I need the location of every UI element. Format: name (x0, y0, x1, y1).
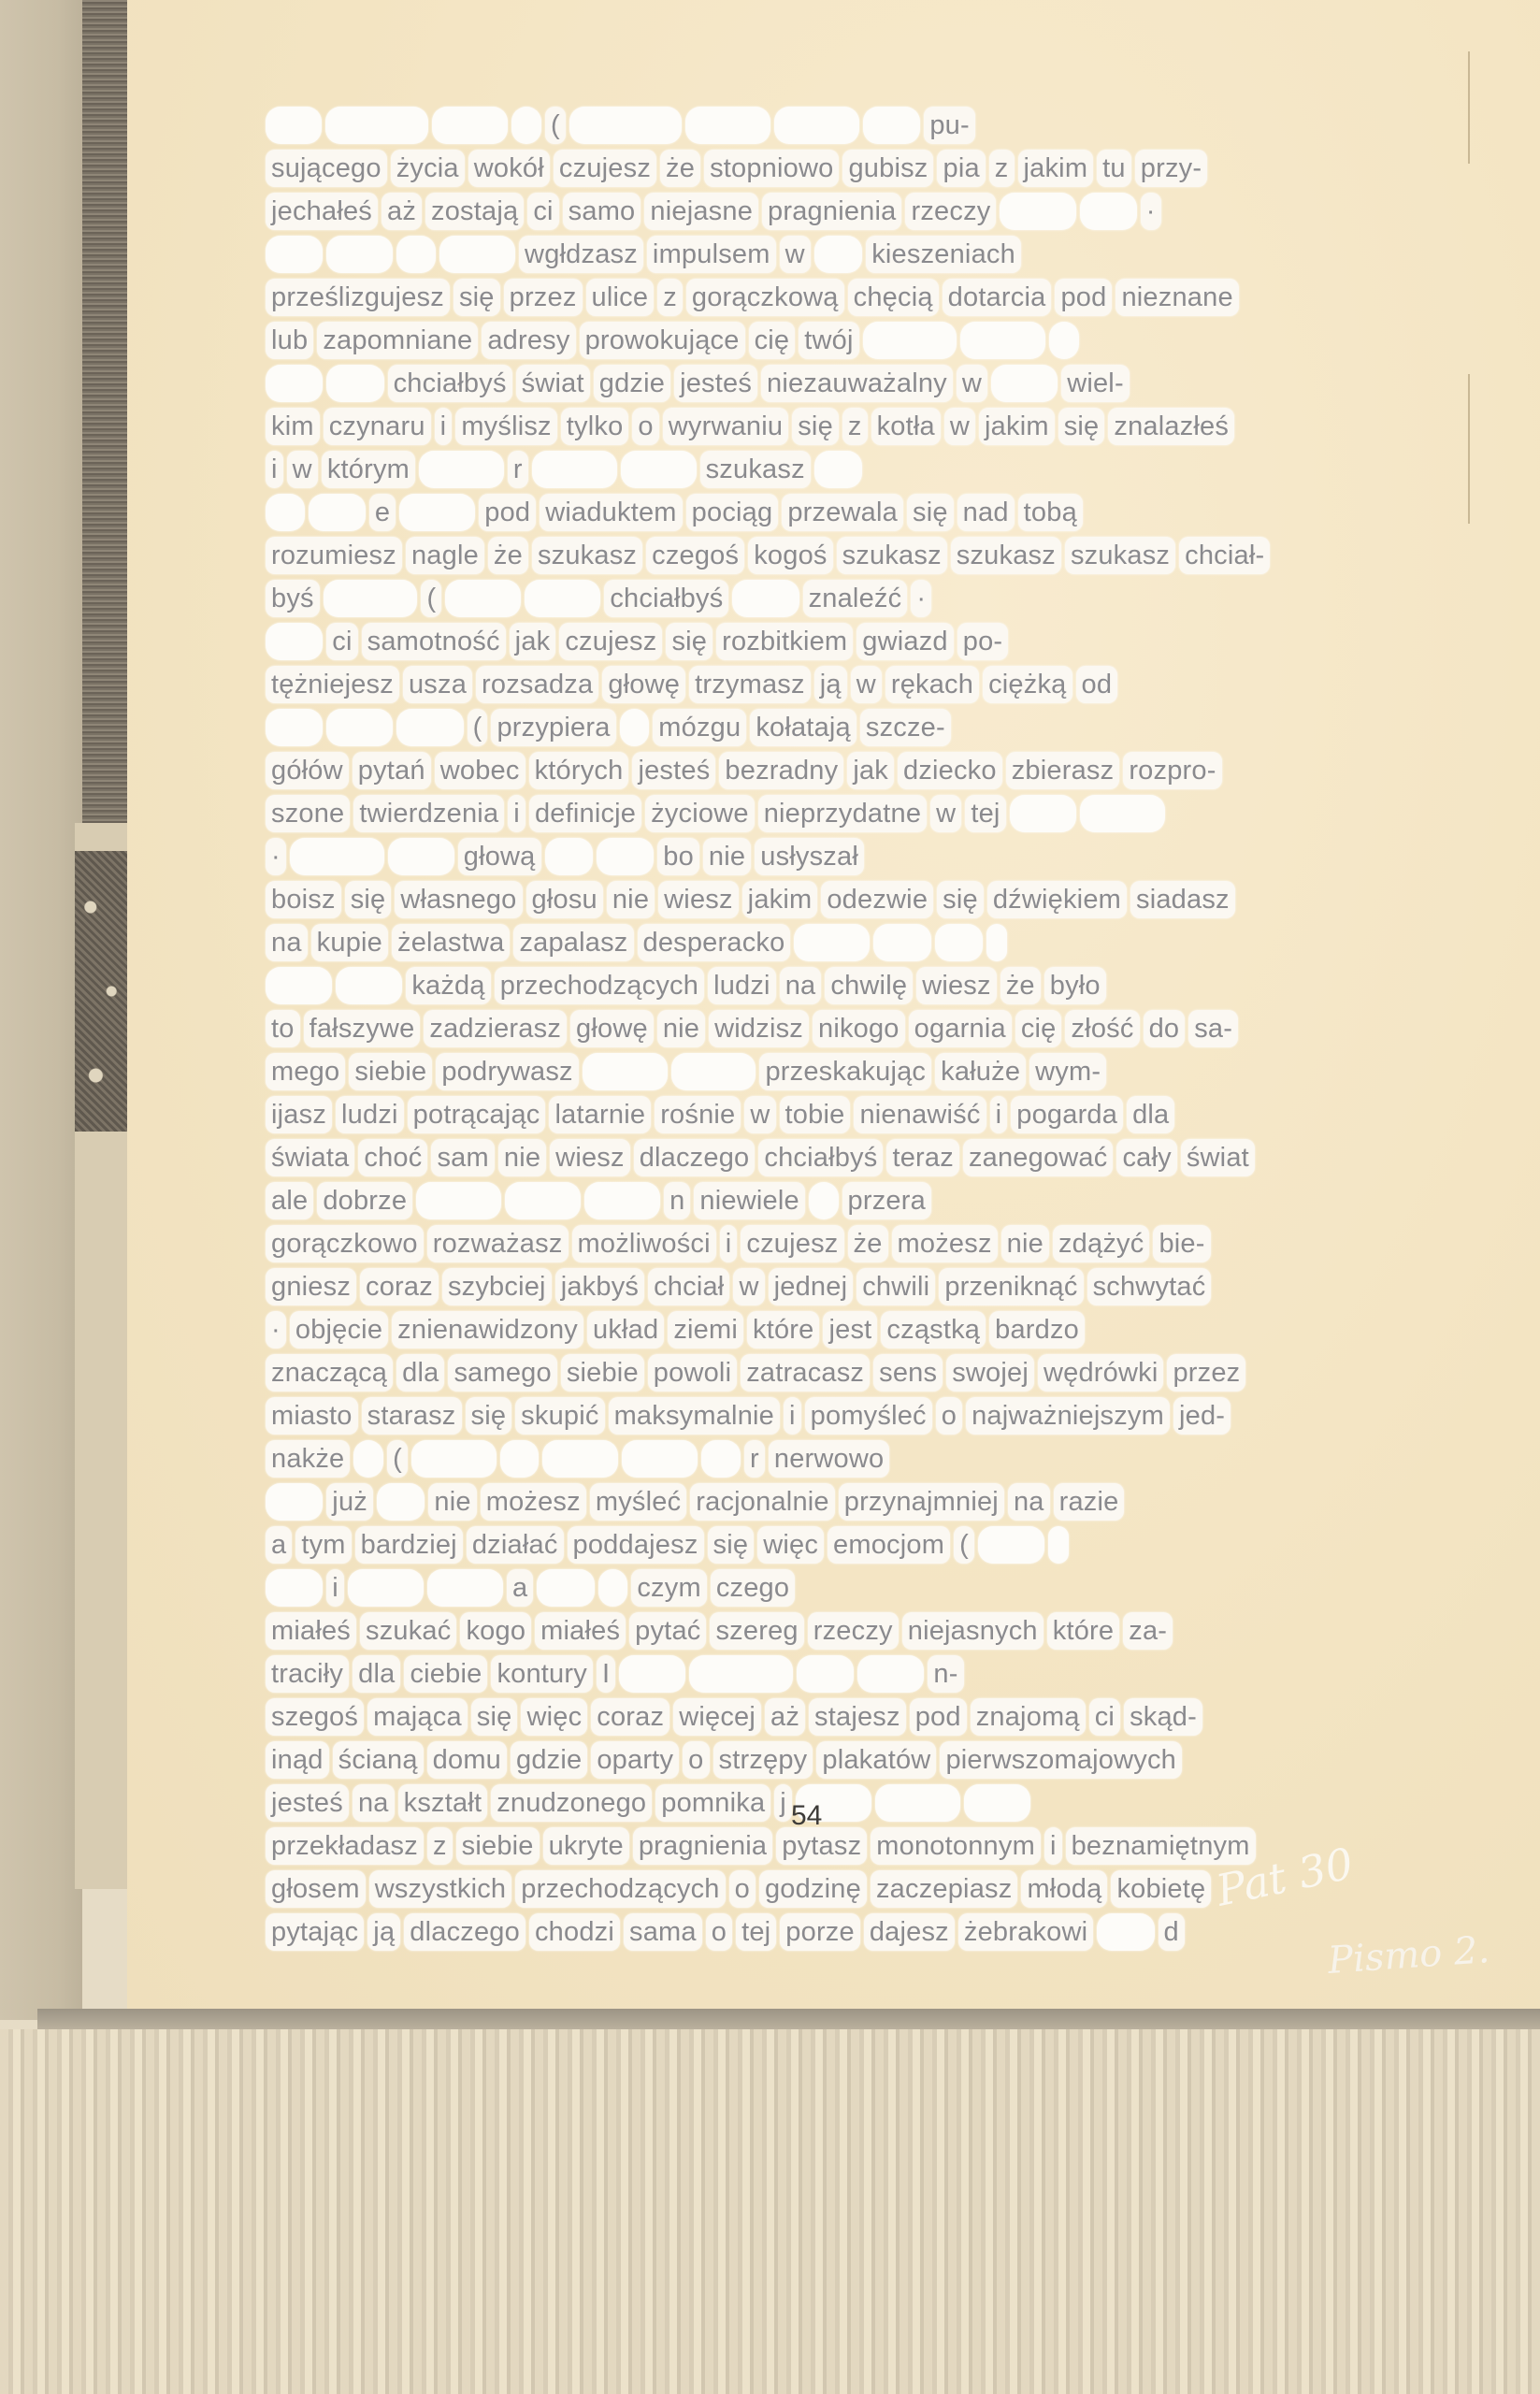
visible-word: fałszywe (304, 1010, 421, 1047)
visible-word: skąd- (1124, 1698, 1202, 1736)
visible-word: sa- (1188, 1010, 1238, 1047)
visible-word: więc (521, 1698, 587, 1736)
whiteout-patch: ······· (1000, 193, 1075, 230)
text-line: inądścianądomugdzieopartyostrzępyplakató… (266, 1738, 1481, 1781)
visible-word: ( (421, 580, 441, 617)
whiteout-patch: · (986, 924, 1007, 961)
visible-word: beznamiętnym (1066, 1827, 1256, 1865)
visible-word: widzisz (709, 1010, 809, 1047)
visible-word: nieprzydatne (758, 795, 927, 832)
visible-word: samo (563, 193, 641, 230)
text-line: kimczynaruimyślisztylkoowyrwaniusięzkotł… (266, 404, 1481, 447)
visible-word: inąd (266, 1741, 329, 1779)
visible-word: ludzi (708, 967, 776, 1004)
visible-word: się (708, 1526, 755, 1564)
whiteout-patch: ······· (505, 1182, 581, 1219)
text-line: gółówpytańwobecktórychjesteśbezradnyjakd… (266, 748, 1481, 791)
visible-word: gdzie (511, 1741, 587, 1779)
book-page: ·· ·····················(···············… (127, 0, 1540, 2009)
whiteout-patch: ······· (622, 1440, 698, 1478)
visible-word: wiesz (658, 881, 739, 918)
whiteout-patch: ········ (875, 1784, 960, 1822)
visible-word: pierwszomajowych (940, 1741, 1182, 1779)
visible-word: swojej (946, 1354, 1034, 1392)
visible-word: i (990, 1096, 1008, 1133)
visible-word: lub (266, 322, 313, 359)
whiteout-patch: ··· (396, 236, 436, 273)
visible-word: przy- (1135, 150, 1207, 187)
visible-word: cię (749, 322, 796, 359)
whiteout-patch: ········· (863, 322, 957, 359)
visible-word: plakatów (816, 1741, 936, 1779)
whiteout-patch: ······ (326, 709, 393, 746)
visible-word: zbierasz (1006, 752, 1120, 789)
visible-word: rozważasz (427, 1225, 569, 1262)
visible-word: pomnika (655, 1784, 770, 1822)
text-line: jechałeśażzostającisamoniejasnepragnieni… (266, 189, 1481, 232)
visible-word: o (683, 1741, 709, 1779)
visible-word: niewiele (694, 1182, 804, 1219)
whiteout-patch: ········· (324, 580, 418, 617)
visible-word: siadasz (1130, 881, 1235, 918)
visible-word: przypiera (491, 709, 615, 746)
text-line: ········e·······podwiaduktempociągprzewa… (266, 490, 1481, 533)
text-line: szegośmającasięwięccorazwięcejażstajeszp… (266, 1695, 1481, 1738)
visible-word: wiesz (550, 1139, 630, 1176)
whiteout-patch: ····· (309, 494, 366, 531)
whiteout-patch: ····· (326, 365, 383, 402)
whiteout-patch: ····· (266, 365, 323, 402)
visible-word: żebrakowi (958, 1913, 1093, 1951)
visible-word: jechałeś (266, 193, 378, 230)
visible-word: ziemi (668, 1311, 743, 1348)
visible-word: bezradny (719, 752, 843, 789)
book-spine-shadow (82, 0, 127, 823)
whiteout-patch: ·· (353, 1440, 383, 1478)
whiteout-patch: ········ (416, 1182, 501, 1219)
text-line: ·· ·····················(···············… (266, 103, 1481, 146)
visible-word: się (792, 408, 839, 445)
visible-word: po- (957, 623, 1009, 660)
visible-word: kałuże (935, 1053, 1026, 1090)
visible-word: w (851, 666, 882, 703)
visible-word: dźwiękiem (987, 881, 1127, 918)
text-line: ················głową·········bonieusłys… (266, 834, 1481, 877)
visible-word: stajesz (809, 1698, 906, 1736)
visible-word: na (266, 924, 308, 961)
visible-word: zatracasz (741, 1354, 870, 1392)
visible-word: się (907, 494, 954, 531)
visible-word: i (266, 451, 283, 488)
whiteout-patch: ······ (266, 967, 332, 1004)
visible-word: nieznane (1115, 279, 1238, 316)
text-line: nakże··(····························rner… (266, 1436, 1481, 1479)
visible-word: przeniknąć (939, 1268, 1083, 1305)
visible-word: stopniowo (704, 150, 839, 187)
visible-word: młodą (1021, 1870, 1107, 1908)
visible-word: szcze- (860, 709, 951, 746)
visible-word: prowokujące (580, 322, 745, 359)
visible-word: wiel- (1061, 365, 1130, 402)
visible-word: latarnie (549, 1096, 651, 1133)
whiteout-patch: ····· (597, 838, 654, 875)
text-line: jesteśnakształtznudzonegopomnikaj·······… (266, 1781, 1481, 1824)
visible-word: niezauważalny (761, 365, 953, 402)
visible-word: żelastwa (392, 924, 510, 961)
visible-word: nagle (406, 537, 484, 574)
visible-word: którym (322, 451, 415, 488)
visible-word: pod (479, 494, 536, 531)
visible-word: rozpro- (1123, 752, 1221, 789)
visible-word: się (666, 623, 712, 660)
visible-word: gorączkowo (266, 1225, 424, 1262)
text-line: ·····i··············a·······czymczego (266, 1565, 1481, 1608)
visible-word: nad (957, 494, 1015, 531)
visible-word: czujesz (554, 150, 656, 187)
visible-word: miasto (266, 1397, 358, 1435)
visible-word: znienawidzony (392, 1311, 583, 1348)
visible-word: których (529, 752, 629, 789)
visible-word: gdzie (594, 365, 670, 402)
visible-word: sens (873, 1354, 943, 1392)
visible-word: nie (703, 838, 751, 875)
scanner-background-bottom (0, 2029, 1540, 2394)
visible-word: definicje (529, 795, 641, 832)
text-line: byś·········(··············chciałbyś····… (266, 576, 1481, 619)
visible-word: przechodzących (495, 967, 704, 1004)
visible-word: czym (631, 1569, 706, 1607)
visible-word: przez (1167, 1354, 1245, 1392)
text-line: tofałszywezadzieraszgłowęniewidzisznikog… (266, 1006, 1481, 1049)
whiteout-patch: ······ (396, 709, 463, 746)
visible-word: złość (1065, 1010, 1139, 1047)
visible-word: które (1047, 1612, 1119, 1650)
whiteout-patch: ·· (809, 1182, 839, 1219)
visible-word: pod (1055, 279, 1112, 316)
visible-word: a (266, 1526, 292, 1564)
whiteout-patch: ···· (814, 451, 862, 488)
text-line: tężniejeszuszarozsadzagłowętrzymaszjąwrę… (266, 662, 1481, 705)
visible-word: znudzonego (491, 1784, 652, 1822)
whiteout-patch: ·········· (689, 1655, 793, 1693)
visible-word: znaczącą (266, 1354, 393, 1392)
whiteout-patch: ·· (620, 709, 650, 746)
text-line: ·················(przypiera··mózgukołata… (266, 705, 1481, 748)
whiteout-patch: ····· (863, 107, 920, 144)
text-line: prześlizgujeszsięprzezulicezgorączkowąch… (266, 275, 1481, 318)
visible-word: powoli (648, 1354, 737, 1392)
visible-word: pia (937, 150, 985, 187)
visible-word: życiowe (645, 795, 755, 832)
visible-word: rozumiesz (266, 537, 402, 574)
visible-word: pociąg (686, 494, 779, 531)
visible-word: o (706, 1913, 732, 1951)
whiteout-patch: ········ (1080, 795, 1165, 832)
erasure-poem-text: ·· ·····················(···············… (266, 103, 1481, 1953)
visible-word: ciebie (404, 1655, 487, 1693)
visible-word: jakbyś (555, 1268, 644, 1305)
visible-word: kontury (491, 1655, 593, 1693)
whiteout-patch: ······· (432, 107, 508, 144)
visible-word: ( (387, 1440, 408, 1478)
visible-word: e (369, 494, 396, 531)
visible-word: zapomniane (317, 322, 478, 359)
whiteout-patch: ······ (336, 967, 402, 1004)
visible-word: ( (468, 709, 488, 746)
visible-word: pragnienia (762, 193, 901, 230)
visible-word: porze (780, 1913, 860, 1951)
visible-word: tej (965, 795, 1005, 832)
visible-word: myśleć (590, 1483, 686, 1521)
visible-word: o (729, 1870, 756, 1908)
visible-word: twój (799, 322, 858, 359)
visible-word: godzinę (759, 1870, 867, 1908)
text-line: traciłydlaciebiekonturyI················… (266, 1651, 1481, 1695)
visible-word: za- (1123, 1612, 1173, 1650)
visible-word: samotność (362, 623, 506, 660)
visible-word: r (508, 451, 528, 488)
whiteout-patch: ······ (991, 365, 1058, 402)
visible-word: wobec (435, 752, 525, 789)
visible-word: · (911, 580, 931, 617)
visible-word: kogo (460, 1612, 531, 1650)
visible-word: dziecko (898, 752, 1002, 789)
visible-word: w (287, 451, 318, 488)
whiteout-patch: ··········· (569, 107, 682, 144)
visible-word: sama (624, 1913, 702, 1951)
visible-word: ścianą (333, 1741, 424, 1779)
visible-word: w (780, 236, 811, 273)
visible-word: na (353, 1784, 395, 1822)
visible-word: ci (326, 623, 357, 660)
visible-word: schwytać (1087, 1268, 1212, 1305)
visible-word: emocjom (828, 1526, 950, 1564)
whiteout-patch: ···· (814, 236, 862, 273)
text-line: ·····cisamotnośćjakczujeszsięrozbitkiemg… (266, 619, 1481, 662)
visible-word: i (508, 795, 525, 832)
visible-word: rośnie (655, 1096, 741, 1133)
visible-word: n- (928, 1655, 963, 1693)
visible-word: świat (1181, 1139, 1255, 1176)
visible-word: kobietę (1111, 1870, 1211, 1908)
visible-word: siebie (349, 1053, 432, 1090)
visible-word: · (1141, 193, 1161, 230)
whiteout-patch: ······ (326, 236, 393, 273)
whiteout-patch: ·· (598, 1569, 628, 1607)
text-line: sującegożyciawokółczujeszżestopniowogubi… (266, 146, 1481, 189)
visible-word: siebie (456, 1827, 540, 1865)
visible-word: wgłdzasz (519, 236, 643, 273)
whiteout-patch: ······ (732, 580, 799, 617)
visible-word: że (848, 1225, 888, 1262)
visible-word: chodzi (529, 1913, 620, 1951)
visible-word: kogoś (748, 537, 832, 574)
visible-word: dlaczego (404, 1913, 525, 1951)
text-line: rozumiesznagleżeszukaszczegośkogośszukas… (266, 533, 1481, 576)
visible-word: tobie (780, 1096, 851, 1133)
visible-word: wyrwaniu (663, 408, 788, 445)
whiteout-patch: ··· (500, 1440, 540, 1478)
visible-word: siebie (561, 1354, 644, 1392)
visible-word: szegoś (266, 1698, 364, 1736)
visible-word: nakże (266, 1440, 350, 1478)
text-line: światachoćsamniewieszdlaczegochciałbyśte… (266, 1135, 1481, 1178)
whiteout-patch: ······ (857, 1655, 924, 1693)
text-line: gnieszcorazszybciejjakbyśchciałwjednejch… (266, 1264, 1481, 1307)
whiteout-patch: ········ (532, 451, 617, 488)
visible-word: ale (266, 1182, 313, 1219)
visible-word: podrywasz (436, 1053, 578, 1090)
whiteout-patch: ····· (266, 236, 323, 273)
visible-word: znaleźć (803, 580, 908, 617)
whiteout-patch: ····· (797, 1655, 854, 1693)
visible-word: i (1044, 1827, 1062, 1865)
whiteout-patch: ··· (701, 1440, 741, 1478)
whiteout-patch: ····· (873, 924, 930, 961)
visible-word: dla (1127, 1096, 1174, 1133)
visible-word: sam (431, 1139, 494, 1176)
text-line: ·····już····niemożeszmyślećracjonalniepr… (266, 1479, 1481, 1522)
whiteout-patch: ······ (964, 1784, 1030, 1822)
visible-word: to (266, 1010, 300, 1047)
text-line: gorączkoworozważaszmożliwościiczujeszżem… (266, 1221, 1481, 1264)
visible-word: i (326, 1569, 344, 1607)
visible-word: szybciej (442, 1268, 552, 1305)
text-line: aledobrze······················nniewiele… (266, 1178, 1481, 1221)
visible-word: gniesz (266, 1268, 356, 1305)
visible-word: pu- (924, 107, 975, 144)
visible-word: ci (527, 193, 558, 230)
visible-word: jesteś (632, 752, 715, 789)
visible-word: znajomą (971, 1698, 1086, 1736)
whiteout-patch: ········ (774, 107, 859, 144)
whiteout-patch: ······ (388, 838, 454, 875)
visible-word: bardzo (989, 1311, 1085, 1348)
visible-word: się (937, 881, 984, 918)
text-line: pytającjądlaczegochodzisamaotejporzedaje… (266, 1910, 1481, 1953)
visible-word: starasz (362, 1397, 462, 1435)
visible-word: więcej (673, 1698, 761, 1736)
whiteout-patch: ······ (619, 1655, 685, 1693)
text-line: atymbardziejdziałaćpoddajeszsięwięcemocj… (266, 1522, 1481, 1565)
marbled-endpaper-edge (75, 851, 127, 1132)
visible-word: cały (1116, 1139, 1176, 1176)
visible-word: ijasz (266, 1096, 332, 1133)
visible-word: szukasz (837, 537, 947, 574)
visible-word: rozsadza (476, 666, 598, 703)
visible-word: czynaru (324, 408, 431, 445)
visible-word: z (842, 408, 868, 445)
visible-word: ją (814, 666, 847, 703)
visible-word: kieszeniach (866, 236, 1021, 273)
whiteout-patch: ········ (671, 1053, 756, 1090)
visible-word: gorączkową (686, 279, 844, 316)
visible-word: się (1058, 408, 1105, 445)
whiteout-patch: ····· (266, 1569, 323, 1607)
visible-word: zapalasz (513, 924, 633, 961)
visible-word: głowę (602, 666, 685, 703)
visible-word: w (944, 408, 975, 445)
visible-word: przechodzących (515, 1870, 725, 1908)
visible-word: z (657, 279, 683, 316)
visible-word: tej (736, 1913, 776, 1951)
visible-word: usza (403, 666, 472, 703)
visible-word: desperacko (638, 924, 791, 961)
visible-word: każdą (406, 967, 490, 1004)
visible-word: trzymasz (689, 666, 811, 703)
visible-word: chciałbyś (758, 1139, 883, 1176)
visible-word: na (1008, 1483, 1050, 1521)
visible-word: wokół (468, 150, 550, 187)
text-line: miałeśszukaćkogomiałeśpytaćszeregrzeczyn… (266, 1608, 1481, 1651)
text-line: szonetwierdzeniaidefinicjeżyciowenieprzy… (266, 791, 1481, 834)
visible-word: nie (428, 1483, 476, 1521)
visible-word: gwiazd (856, 623, 953, 660)
whiteout-patch: ······· (348, 1569, 424, 1607)
visible-word: cię (1015, 1010, 1062, 1047)
visible-word: i (784, 1397, 801, 1435)
visible-word: monotonnym (871, 1827, 1041, 1865)
visible-word: razie (1054, 1483, 1125, 1521)
visible-word: miałeś (535, 1612, 626, 1650)
visible-word: jakim (1018, 150, 1094, 187)
visible-word: jesteś (266, 1784, 349, 1822)
visible-word: pragnienia (633, 1827, 772, 1865)
visible-word: własnego (395, 881, 522, 918)
visible-word: układ (587, 1311, 664, 1348)
whiteout-patch: ····· (537, 1569, 594, 1607)
visible-word: niejasnych (902, 1612, 1043, 1650)
visible-word: traciły (266, 1655, 349, 1693)
visible-word: tężniejesz (266, 666, 399, 703)
whiteout-patch: ········ (685, 107, 770, 144)
visible-word: jed- (1173, 1397, 1231, 1435)
visible-word: bo (657, 838, 699, 875)
visible-word: czujesz (559, 623, 662, 660)
visible-word: tu (1097, 150, 1131, 187)
whiteout-patch: ····· (266, 623, 323, 660)
visible-word: na (780, 967, 822, 1004)
visible-word: w (930, 795, 961, 832)
text-line: lubzapomnianeadresyprowokująceciętwój···… (266, 318, 1481, 361)
visible-word: gółów (266, 752, 349, 789)
visible-word: przeskakując (759, 1053, 931, 1090)
visible-word: wym- (1029, 1053, 1106, 1090)
whiteout-patch: ········· (290, 838, 384, 875)
visible-word: jakim (979, 408, 1055, 445)
whiteout-patch: ·· (1049, 322, 1079, 359)
visible-word: nie (657, 1010, 705, 1047)
visible-word: usłyszał (755, 838, 864, 875)
whiteout-patch: ········ (419, 451, 504, 488)
visible-word: czegoś (646, 537, 744, 574)
visible-word: objęcie (290, 1311, 388, 1348)
visible-word: zaczepiasz (871, 1870, 1017, 1908)
whiteout-patch: ···· (377, 1483, 425, 1521)
visible-word: coraz (360, 1268, 439, 1305)
visible-word: z (427, 1827, 453, 1865)
visible-word: impulsem (647, 236, 776, 273)
whiteout-patch: ······· (439, 236, 515, 273)
visible-word: byś (266, 580, 320, 617)
visible-word: zdążyć (1053, 1225, 1149, 1262)
visible-word: nienawiść (854, 1096, 986, 1133)
visible-word: rozbitkiem (716, 623, 853, 660)
visible-word: dajesz (864, 1913, 955, 1951)
visible-word: rękach (885, 666, 979, 703)
visible-word: się (471, 1698, 518, 1736)
visible-word: sującego (266, 150, 387, 187)
